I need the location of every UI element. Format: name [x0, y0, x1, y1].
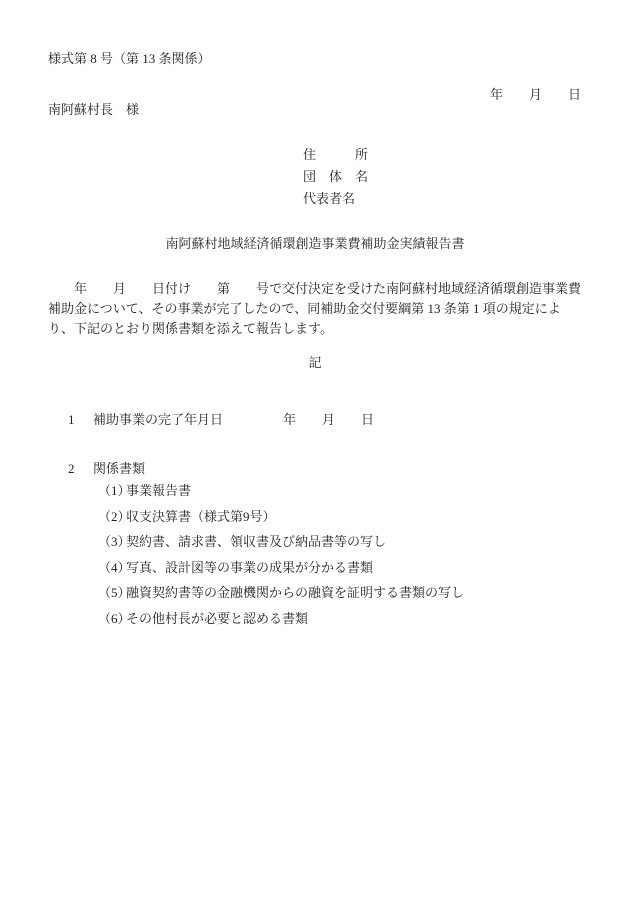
body-paragraph-line-2: 補助金について、その事業が完了したので、同補助金交付要綱第 13 条第 1 項の…	[48, 301, 561, 316]
applicant-organization-label: 団 体 名	[303, 169, 368, 184]
document-item-text: その他村長が必要と認める書類	[126, 611, 308, 626]
body-paragraph-line-1: 年 月 日付け 第 号で交付決定を受けた南阿蘇村地域経済循環創造事業費	[48, 281, 581, 296]
addressee: 南阿蘇村長 様	[48, 102, 139, 117]
document-item-number: （6）	[98, 611, 120, 626]
item-label: 補助事業の完了年月日	[93, 412, 223, 427]
item-number: 1	[68, 412, 93, 427]
applicant-address-label: 住 所	[303, 147, 368, 162]
document-page: 様式第 8 号（第 13 条関係） 年 月 日 南阿蘇村長 様 住 所 団 体 …	[0, 0, 630, 903]
applicant-representative-label: 代表者名	[303, 191, 355, 206]
body-paragraph-line-3: り、下記のとおり関係書類を添えて報告します。	[48, 321, 333, 336]
completion-date-blank: 年 月 日	[283, 412, 374, 427]
date-blank-line: 年 月 日	[490, 87, 581, 102]
document-title: 南阿蘇村地域経済循環創造事業費補助金実績報告書	[0, 236, 630, 251]
form-number: 様式第 8 号（第 13 条関係）	[48, 51, 211, 66]
item-completion-date: 1補助事業の完了年月日年 月 日	[55, 397, 374, 442]
document-list-item: （6）その他村長が必要と認める書類	[85, 596, 308, 641]
record-marker: 記	[0, 355, 630, 370]
